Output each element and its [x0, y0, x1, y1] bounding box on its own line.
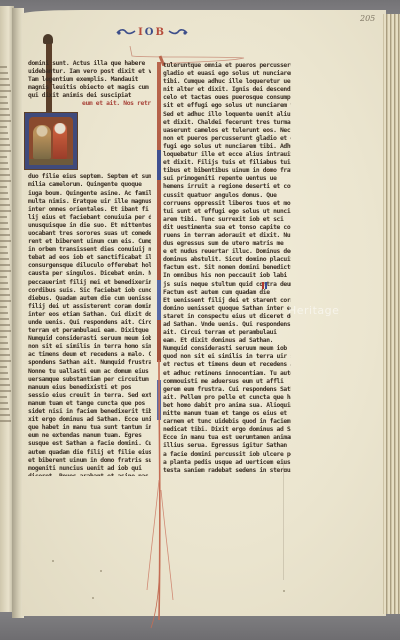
running-head-title: IOB — [138, 27, 166, 38]
pen-flourish-left-icon — [116, 27, 136, 37]
facing-page-text-line — [0, 246, 7, 248]
text-line: tui sunt et effugi ego solus ut nunci — [163, 208, 291, 216]
text-line: inter eos etiam Sathan. Cui dixit dominu… — [28, 311, 151, 319]
text-line: a facie domini percussit iob ulcere pess… — [163, 451, 291, 459]
facing-page-text-line — [0, 240, 11, 242]
text-line: autem quadam die filij et filie eius com… — [28, 449, 151, 457]
text-line: diebus. Quadam autem die cum uenissent — [28, 295, 151, 303]
initial-blue-segment — [157, 150, 161, 180]
text-line: Nonne tu uallasti eum ac domum eius uni — [28, 368, 151, 376]
page-stack-edges — [383, 14, 400, 614]
facing-page-text-line — [0, 396, 7, 398]
text-line: Et uenissent filij dei et starent coram — [163, 297, 291, 305]
text-line: et biberent uinum in domo fratris sui pr… — [28, 457, 151, 465]
facing-page-text-line — [0, 96, 7, 98]
facing-page-text-line — [0, 354, 10, 356]
text-line: uaserunt camelos et tulerunt eos. Nec — [163, 127, 291, 135]
running-head-letter: I — [138, 27, 145, 38]
text-line: staret in conspectu eius ut diceret domi… — [163, 313, 291, 321]
text-line: iuga boum. Quingente asine. Ac famila — [28, 190, 151, 198]
text-line: ait. Pellem pro pelle et cuncta que ha — [163, 394, 291, 402]
running-head-letter: O — [145, 27, 156, 38]
text-line: arem tibi. Tunc surrexit iob et sci — [163, 216, 291, 224]
chapter-marker — [262, 282, 267, 289]
text-line: gladio et euasi ego solus ut nunciarem — [163, 70, 291, 78]
text-line: ruens in terram adorauit et dixit. Nu — [163, 232, 291, 240]
text-line: dominus abstulit. Sicut domino placuit i… — [163, 256, 291, 264]
facing-page-text-line — [0, 126, 7, 128]
seated-figure-icon — [33, 125, 51, 159]
facing-page-text-line — [0, 174, 10, 176]
text-line: non et pueros percusserunt gladio et ef — [163, 135, 291, 143]
text-line: filij dei ut assisterent coram domino ad… — [28, 303, 151, 311]
text-line: in orbem transissent dies conuiuij mit — [28, 246, 151, 254]
facing-page-text-line — [0, 156, 7, 158]
text-line: fugi ego solus ut nunciarem tibi. Adhuc — [163, 143, 291, 151]
parchment-spot — [92, 597, 94, 599]
text-line: uidebantur. Iam vero post dixit et v. — [28, 68, 151, 76]
text-line: tuleruntque omnia et pueros percusserunt — [163, 62, 291, 70]
text-line: e et nudus reuertar illuc. Dominus dedit — [163, 248, 291, 256]
facing-page-text-line — [0, 270, 11, 272]
chapter-marker-red-stroke — [262, 282, 264, 289]
facing-page-text-line — [0, 312, 8, 314]
text-line: illius serua. Egressus igitur Sathan — [163, 442, 291, 450]
text-line: peccauerint filij mei et benedixerint de… — [28, 279, 151, 287]
text-line: sidet nisi in faciem benedixerit tibi. D… — [28, 408, 151, 416]
folio-number: 205 — [360, 14, 375, 23]
initial-ground — [29, 159, 73, 165]
facing-page-text-line — [0, 276, 7, 278]
facing-page-text-line — [0, 366, 7, 368]
running-head-letter: B — [155, 27, 165, 38]
facing-page-text-line — [0, 216, 7, 218]
facing-page-text-line — [0, 72, 8, 74]
text-line: Ecce in manu tua est uerumtamen animam — [163, 434, 291, 442]
text-line: celo et tactas oues puerosque consump — [163, 94, 291, 102]
facing-page-text-line — [0, 252, 8, 254]
text-line: spondens Sathan ait. Numquid frustra tim… — [28, 359, 151, 367]
facing-page-text-line — [0, 294, 10, 296]
facing-page-text-line — [0, 114, 10, 116]
scan-background-bottom — [0, 612, 400, 640]
text-line: tebat ad eos iob et sanctificabat illos — [28, 254, 151, 262]
text-line: que habet in manu tua sunt tantum in — [28, 424, 151, 432]
facing-page-text-line — [0, 150, 11, 152]
pen-flourish-right-icon — [168, 27, 188, 37]
facing-page-text-line — [0, 348, 9, 350]
text-line: commouisti me aduersus eum ut affli — [163, 378, 291, 386]
text-line: corruens oppressit liberos tuos et mor — [163, 200, 291, 208]
text-line: et dixit. Chaldei fecerunt tres turmas e… — [163, 119, 291, 127]
text-line: tibi. Cumque adhuc ille loqueretur ue — [163, 78, 291, 86]
facing-page-text-line — [0, 102, 8, 104]
text-line: uersamque substantiam per circuitum oper… — [28, 376, 151, 384]
facing-page-text-line — [0, 306, 7, 308]
text-line: js suis neque stultum quid contra deum l… — [163, 281, 291, 289]
facing-page-text-line — [0, 282, 8, 284]
text-line: multa nimis. Eratque uir ille magnus — [28, 198, 151, 206]
text-line: et rectus et timens deum et recedens a m… — [163, 361, 291, 369]
facing-page-text-line — [0, 66, 7, 68]
facing-page-text-line — [0, 186, 7, 188]
text-line: loquebatur ille et ecce alius intrauit — [163, 151, 291, 159]
text-line: rent et biberent uinum cum eis. Cumque — [28, 238, 151, 246]
facing-page-text-line — [0, 210, 11, 212]
standing-figure-icon — [53, 123, 67, 159]
text-line: Numquid considerasti seruum meum iob quo… — [28, 335, 151, 343]
facing-page-text-line — [0, 132, 8, 134]
text-line: ac timens deum et recedens a malo. Cui r… — [28, 351, 151, 359]
chapter-marker-blue-stroke — [265, 282, 267, 289]
text-line: bet homo dabit pro anima sua. Alioquin — [163, 402, 291, 410]
text-line: Numquid considerasti seruum meum iob — [163, 345, 291, 353]
facing-page-text-line — [0, 342, 8, 344]
facing-page-text-line — [0, 414, 10, 416]
ruling-line — [283, 460, 284, 580]
text-line: factum est. Sit nomen domini benedictum. — [163, 264, 291, 272]
text-line: a planta pedis usque ad uerticem eius. Q… — [163, 459, 291, 467]
text-line: manum tuam et tange cuncta que pos — [28, 400, 151, 408]
text-line: mitte manum tuam et tange os eius et — [163, 410, 291, 418]
text-line: domino uenisset quoque Sathan inter eos … — [163, 305, 291, 313]
facing-page-text-line — [0, 162, 8, 164]
manuscript-viewer: IOB 205 domini sunt. Actus illa que habe… — [0, 0, 400, 640]
text-line: domini sunt. Actus illa que habere — [28, 60, 151, 68]
text-line: eam. Et dixit dominus ad Sathan. — [163, 337, 291, 345]
facing-page-text-line — [0, 420, 11, 422]
text-line: ad Sathan. Vnde uenis. Qui respondens — [163, 321, 291, 329]
text-line: terram et perambulaui eam. Dixitque domi… — [28, 327, 151, 335]
text-line: mogeniti nuncius uenit ad iob qui — [28, 465, 151, 473]
facing-page-text-line — [0, 90, 11, 92]
facing-page-text-line — [0, 402, 8, 404]
text-line: duo filie eius septem. Septem et sum — [28, 173, 151, 181]
text-line: cordibus suis. Sic faciebat iob cunctis — [28, 287, 151, 295]
facing-page-text-line — [0, 360, 11, 362]
watermark: Heritage — [288, 304, 339, 317]
facing-page-text-line — [0, 234, 10, 236]
text-line: non sit ei similis in terra homo simplex… — [28, 343, 151, 351]
text-line: inter omnes orientales. Et ibant fi — [28, 206, 151, 214]
facing-page-text-line — [0, 138, 9, 140]
text-line: Factum est autem cum quadam die — [163, 289, 291, 297]
text-line: ait. Circui terram et perambulaui — [163, 329, 291, 337]
text-line: nedicat tibi. Dixit ergo dominus ad Sath… — [163, 426, 291, 434]
facing-page-text-line — [0, 84, 10, 86]
text-line: sui primogeniti repente uentus ue — [163, 175, 291, 183]
facing-page-text-line — [0, 390, 11, 392]
text-line: Sed et adhuc illo loquente uenit alius — [163, 111, 291, 119]
facing-page-text-line — [0, 408, 9, 410]
text-line: consurgensque diluculo offerebat holo — [28, 262, 151, 270]
text-line: gerem eum frustra. Cui respondens Sathan — [163, 386, 291, 394]
text-line: nit alter et dixit. Ignis dei descendit … — [163, 86, 291, 94]
text-line: unusquisque in die suo. Et mittentes — [28, 222, 151, 230]
facing-page-text-line — [0, 192, 8, 194]
facing-page-text-line — [0, 120, 11, 122]
facing-page-text-line — [0, 336, 7, 338]
parchment-spot — [283, 590, 285, 592]
facing-page-text-line — [0, 204, 10, 206]
text-line: xit ergo dominus ad Sathan. Ecce uniuers… — [28, 416, 151, 424]
text-line: dit uestimenta sua et tonso capite cor — [163, 224, 291, 232]
parchment-spot — [100, 570, 102, 572]
right-text-column: tuleruntque omnia et pueros percusserunt… — [163, 62, 291, 472]
text-line: tibus et bibentibus uinum in domo fratri… — [163, 167, 291, 175]
text-line: carnem et tunc uidebis quod in faciem be — [163, 418, 291, 426]
running-head: IOB — [112, 25, 192, 39]
facing-page-text-line — [0, 168, 9, 170]
facing-page-text-line — [0, 300, 11, 302]
text-line: magnis leuitis obiecto et magis cum e — [28, 84, 151, 92]
text-line: et dixit. Filijs tuis et filiabus tuis u… — [163, 159, 291, 167]
text-line: lij eius et faciebant conuiuia per domos — [28, 214, 151, 222]
text-line: milia camelorum. Quingente quoque — [28, 181, 151, 189]
historiated-initial — [24, 112, 78, 170]
text-line: susque est Sathan a facie domini. Cum — [28, 440, 151, 448]
text-line: eum ne extendas manum tuam. Egres — [28, 432, 151, 440]
initial-blue-segment — [157, 280, 161, 320]
text-line: Tam legentium exemplis. Mandauit — [28, 76, 151, 84]
facing-page-text-line — [0, 198, 9, 200]
facing-page-text-line — [0, 384, 10, 386]
facing-page-text-line — [0, 108, 9, 110]
facing-page-text-line — [0, 324, 10, 326]
text-line: causta per singulos. Dicebat enim. Ne fo… — [28, 270, 151, 278]
text-line: manuum eius benedixisti et pos — [28, 384, 151, 392]
text-line: eum et ait. Nos retro. Explicit p — [28, 100, 151, 108]
facing-page-text-line — [0, 222, 8, 224]
facing-page-text-line — [0, 318, 9, 320]
text-line: unde uenis. Qui respondens ait. Circui — [28, 319, 151, 327]
text-line: sit et effugi ego solus ut nunciarem tib… — [163, 102, 291, 110]
parchment-spot — [52, 560, 54, 562]
facing-page-text-line — [0, 144, 10, 146]
text-line: In omnibus his non peccauit iob labi — [163, 272, 291, 280]
text-line: dus egressus sum de utero matris me — [163, 240, 291, 248]
text-line: diceret. Boues arabant et asine pas — [28, 473, 151, 476]
facing-page-text-line — [0, 78, 9, 80]
facing-page-text-line — [0, 288, 9, 290]
facing-page-text-line — [0, 330, 11, 332]
text-line: testa saniem radebat sedens in sterqui — [163, 467, 291, 472]
facing-page-text-line — [0, 180, 11, 182]
text-line: sessio eius creuit in terra. Sed extende… — [28, 392, 151, 400]
facing-page-text-line — [0, 372, 8, 374]
text-line: quod non sit ei similis in terra uir sim… — [163, 353, 291, 361]
text-line: et adhuc retinens innocentiam. Tu autem — [163, 370, 291, 378]
text-line: cussit quatuor angulos domus. Que — [163, 192, 291, 200]
facing-page-text-line — [0, 258, 9, 260]
facing-page-text-line — [0, 228, 9, 230]
text-line: hemens irruit a regione deserti et con — [163, 183, 291, 191]
text-line: qui dixit animis dei suscipiat — [28, 92, 151, 100]
text-line: uocabant tres sorores suas ut comede — [28, 230, 151, 238]
facing-page-text-line — [0, 264, 10, 266]
facing-page-text-line — [0, 378, 9, 380]
